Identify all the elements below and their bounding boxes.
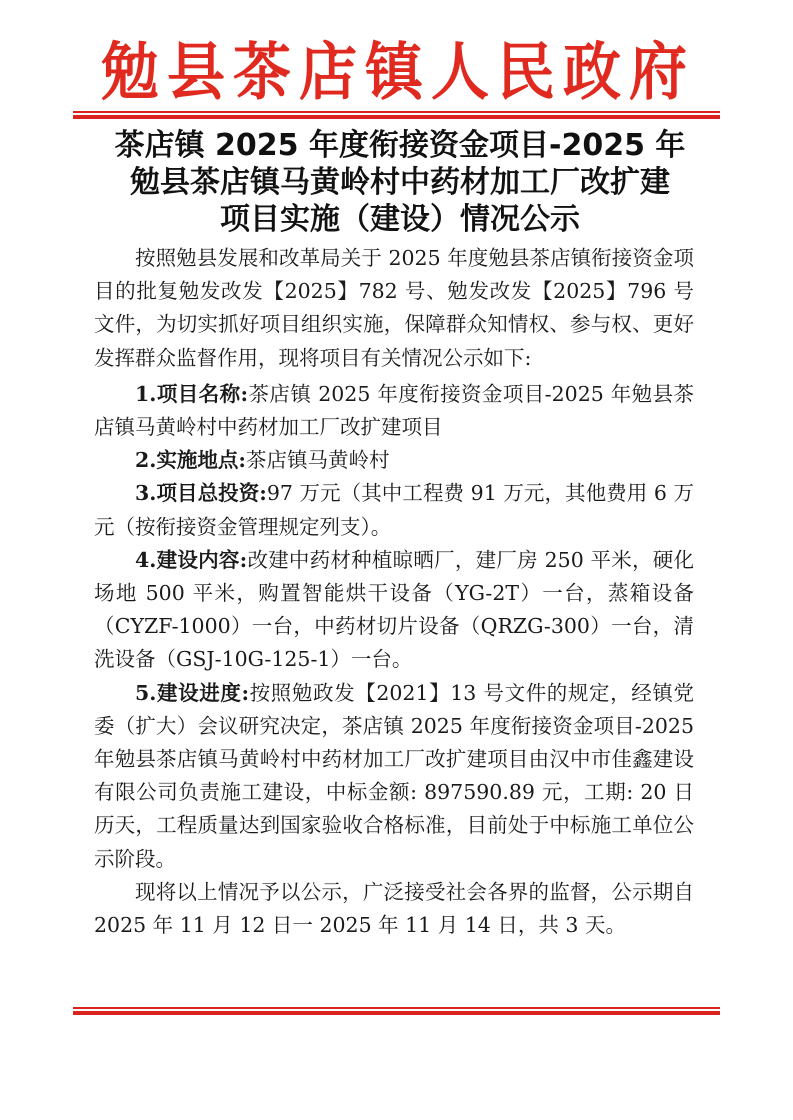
notice-title-line: 勉县茶店镇马黄岭村中药材加工厂改扩建 (100, 164, 700, 201)
item-location: 2.实施地点:茶店镇马黄岭村 (94, 444, 694, 477)
item-construction-progress: 5.建设进度:按照勉政发【2021】13 号文件的规定，经镇党委（扩大）会议研究… (94, 677, 694, 876)
footer-divider (73, 1007, 720, 1015)
item-label: 5.建设进度: (135, 681, 249, 705)
document-page: 勉县茶店镇人民政府 茶店镇 2025 年度衔接资金项目-2025 年 勉县茶店镇… (0, 0, 793, 1120)
item-construction-content: 4.建设内容:改建中药材种植晾晒厂，建厂房 250 平米，硬化场地 500 平米… (94, 544, 694, 677)
item-text: 茶店镇马黄岭村 (246, 448, 390, 472)
item-project-name: 1.项目名称:茶店镇 2025 年度衔接资金项目-2025 年勉县茶店镇马黄岭村… (94, 378, 694, 444)
masthead: 勉县茶店镇人民政府 (78, 40, 718, 104)
closing-paragraph: 现将以上情况予以公示，广泛接受社会各界的监督，公示期自 2025 年 11 月 … (94, 876, 694, 942)
item-label: 4.建设内容: (135, 548, 247, 572)
notice-body: 按照勉县发展和改革局关于 2025 年度勉县茶店镇衔接资金项目的批复勉发改发【2… (94, 242, 694, 942)
notice-title-line: 项目实施（建设）情况公示 (100, 201, 700, 238)
item-total-investment: 3.项目总投资:97 万元（其中工程费 91 万元，其他费用 6 万元（按衔接资… (94, 477, 694, 543)
masthead-title: 勉县茶店镇人民政府 (78, 37, 718, 106)
item-label: 2.实施地点: (135, 448, 246, 472)
header-divider (73, 111, 720, 119)
item-label: 3.项目总投资: (135, 481, 267, 505)
intro-paragraph: 按照勉县发展和改革局关于 2025 年度勉县茶店镇衔接资金项目的批复勉发改发【2… (94, 242, 694, 375)
notice-title-line: 茶店镇 2025 年度衔接资金项目-2025 年 (100, 127, 700, 164)
notice-title: 茶店镇 2025 年度衔接资金项目-2025 年 勉县茶店镇马黄岭村中药材加工厂… (100, 127, 700, 238)
item-text: 按照勉政发【2021】13 号文件的规定，经镇党委（扩大）会议研究决定，茶店镇 … (94, 681, 694, 871)
item-label: 1.项目名称: (135, 382, 248, 406)
